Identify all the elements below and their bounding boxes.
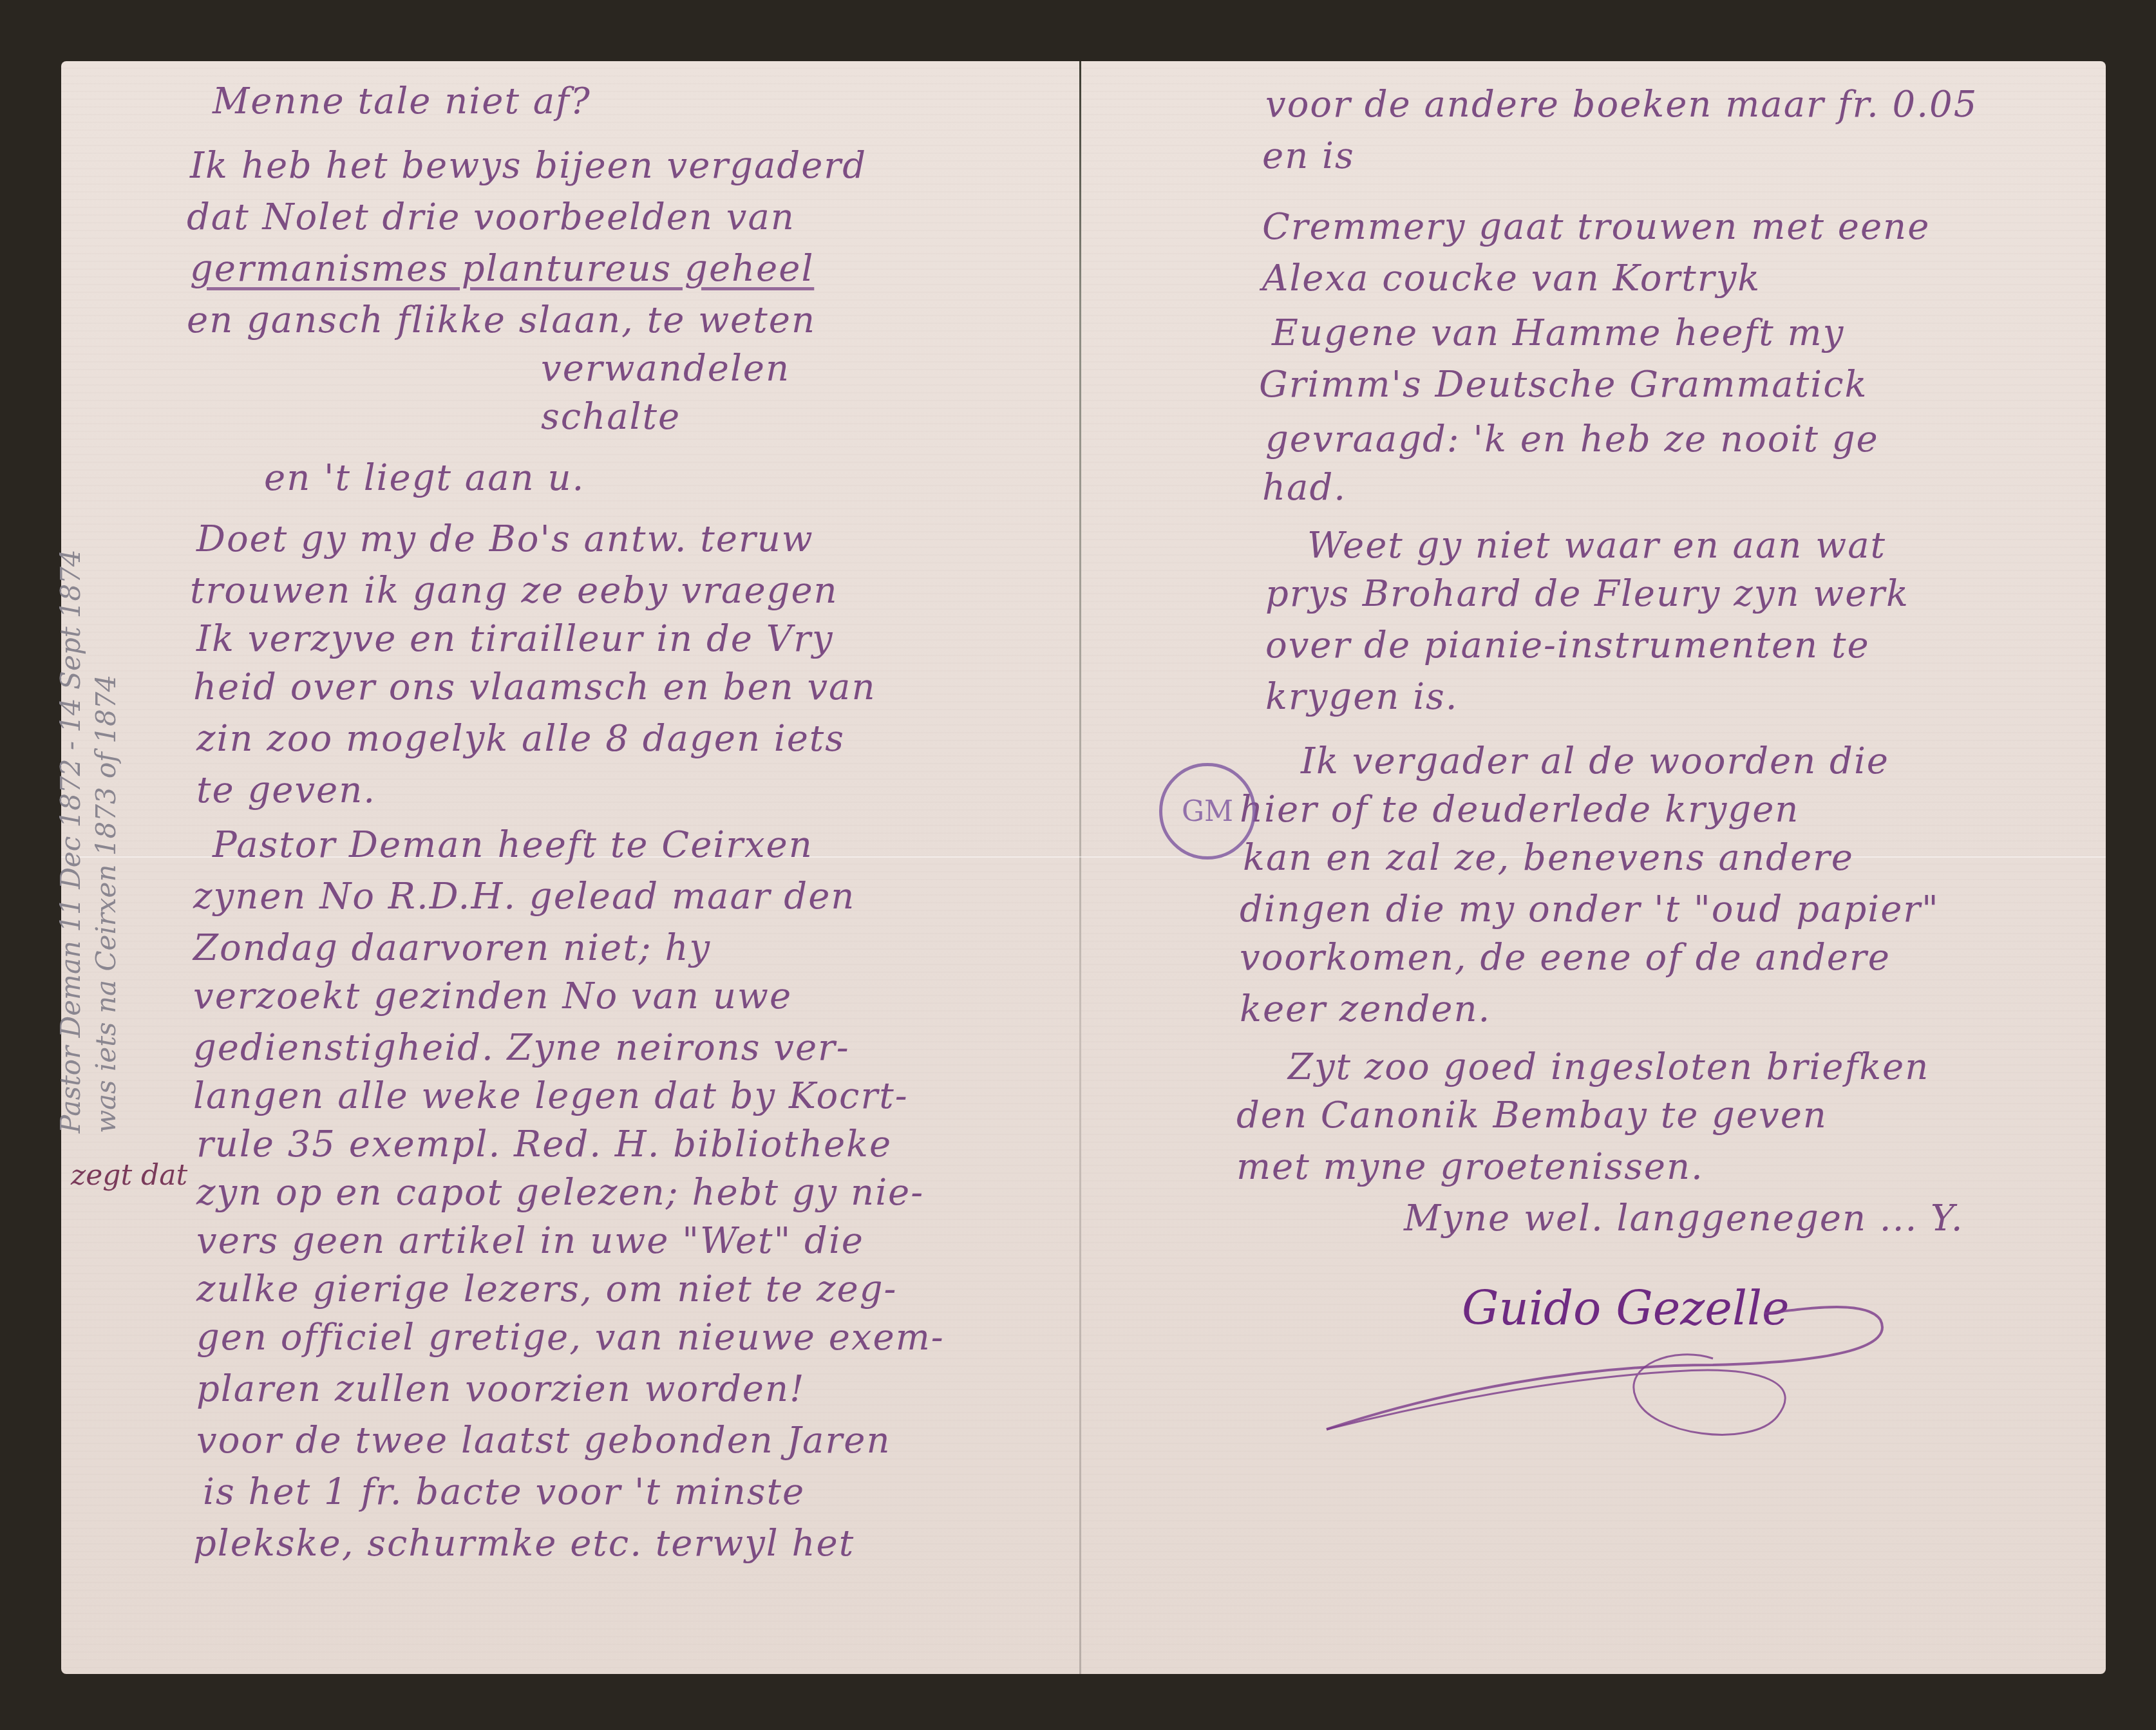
right-line-11: over de pianie-instrumenten te: [1265, 625, 1870, 666]
right-line-20: den Canonik Bembay te geven: [1236, 1095, 1828, 1136]
left-line-20: langen alle weke legen dat by Kocrt-: [193, 1075, 909, 1117]
signature-flourish-icon: [1314, 1301, 1945, 1455]
right-line-16: dingen die my onder 't "oud papier": [1240, 889, 1940, 930]
left-line-18: verzoekt gezinden No van uwe: [193, 975, 792, 1017]
left-line-8: en 't liegt aan u.: [264, 457, 585, 499]
left-line-14: te geven.: [196, 769, 376, 811]
left-line-22: zyn op en capot gelezen; hebt gy nie-: [196, 1172, 924, 1214]
left-line-17: Zondag daarvoren niet; hy: [193, 927, 711, 969]
left-line-28: is het 1 fr. bacte voor 't minste: [203, 1471, 805, 1513]
left-line-10: trouwen ik gang ze eeby vraegen: [190, 570, 838, 612]
right-line-8: had.: [1262, 467, 1347, 509]
left-line-19: gedienstigheid. Zyne neirons ver-: [193, 1027, 850, 1069]
margin-pencil-note-2: was iets na Ceirxen 1873 of 1874: [90, 675, 122, 1133]
left-line-13: zin zoo mogelyk alle 8 dagen iets: [196, 718, 845, 760]
left-line-11: Ik verzyve en tirailleur in de Vry: [196, 618, 834, 660]
right-line-15: kan en zal ze, benevens andere: [1243, 837, 1854, 879]
right-line-5: Eugene van Hamme heeft my: [1272, 312, 1844, 354]
right-line-3: Cremmery gaat trouwen met eene: [1262, 206, 1930, 248]
right-line-6: Grimm's Deutsche Grammatick: [1259, 364, 1868, 406]
right-line-7: gevraagd: 'k en heb ze nooit ge: [1265, 418, 1879, 460]
right-line-4: Alexa coucke van Kortryk: [1262, 258, 1761, 299]
left-line-21: rule 35 exempl. Red. H. bibliotheke: [196, 1124, 892, 1165]
margin-ink-note: zegt dat: [71, 1159, 187, 1192]
left-line-5: en gansch flikke slaan, te weten: [187, 299, 816, 341]
left-line-27: voor de twee laatst gebonden Jaren: [196, 1420, 891, 1462]
left-line-25: gen officiel gretige, van nieuwe exem-: [196, 1317, 945, 1359]
right-line-17: voorkomen, de eene of de andere: [1240, 937, 1891, 979]
right-line-14: hier of te deuderlede krygen: [1240, 789, 1799, 831]
right-line-10: prys Brohard de Fleury zyn werk: [1265, 573, 1909, 615]
right-line-13: Ik vergader al de woorden die: [1301, 740, 1889, 782]
left-line-9: Doet gy my de Bo's antw. teruw: [196, 518, 814, 560]
left-line-3: dat Nolet drie voorbeelden van: [187, 196, 795, 238]
margin-pencil-note-1: Pastor Deman 11 Dec 1872 - 14 Sept 1874: [55, 549, 86, 1133]
right-line-12: krygen is.: [1265, 676, 1459, 718]
right-line-21: met myne groetenissen.: [1236, 1146, 1704, 1188]
right-line-19: Zyt zoo goed ingesloten briefken: [1288, 1046, 1929, 1088]
left-line-2: Ik heb het bewys bijeen vergaderd: [190, 145, 867, 187]
right-line-1: voor de andere boeken maar fr. 0.05: [1265, 84, 1978, 126]
right-line-9: Weet gy niet waar en aan wat: [1307, 525, 1886, 567]
left-line-4: germanismes plantureus geheel: [190, 248, 814, 290]
left-line-16: zynen No R.D.H. gelead maar den: [193, 876, 855, 917]
stamp-monogram-icon: GM: [1159, 763, 1256, 860]
left-line-29: plekske, schurmke etc. terwyl het: [193, 1523, 855, 1565]
left-line-12: heid over ons vlaamsch en ben van: [193, 666, 876, 708]
left-line-26: plaren zullen voorzien worden!: [196, 1368, 806, 1410]
left-line-1: Menne tale niet af?: [213, 80, 591, 122]
left-line-7: schalte: [541, 396, 681, 438]
left-line-23: vers geen artikel in uwe "Wet" die: [196, 1220, 864, 1262]
right-line-18: keer zenden.: [1240, 988, 1491, 1030]
stamp-text: GM: [1182, 795, 1233, 828]
right-line-2: en is: [1262, 135, 1355, 177]
left-line-24: zulke gierige lezers, om niet te zeg-: [196, 1268, 897, 1310]
left-line-15: Pastor Deman heeft te Ceirxen: [213, 824, 813, 866]
right-line-22: Myne wel. langgenegen ... Y.: [1404, 1198, 1964, 1239]
center-fold: [1079, 61, 1081, 1674]
left-line-6: verwandelen: [541, 348, 790, 390]
